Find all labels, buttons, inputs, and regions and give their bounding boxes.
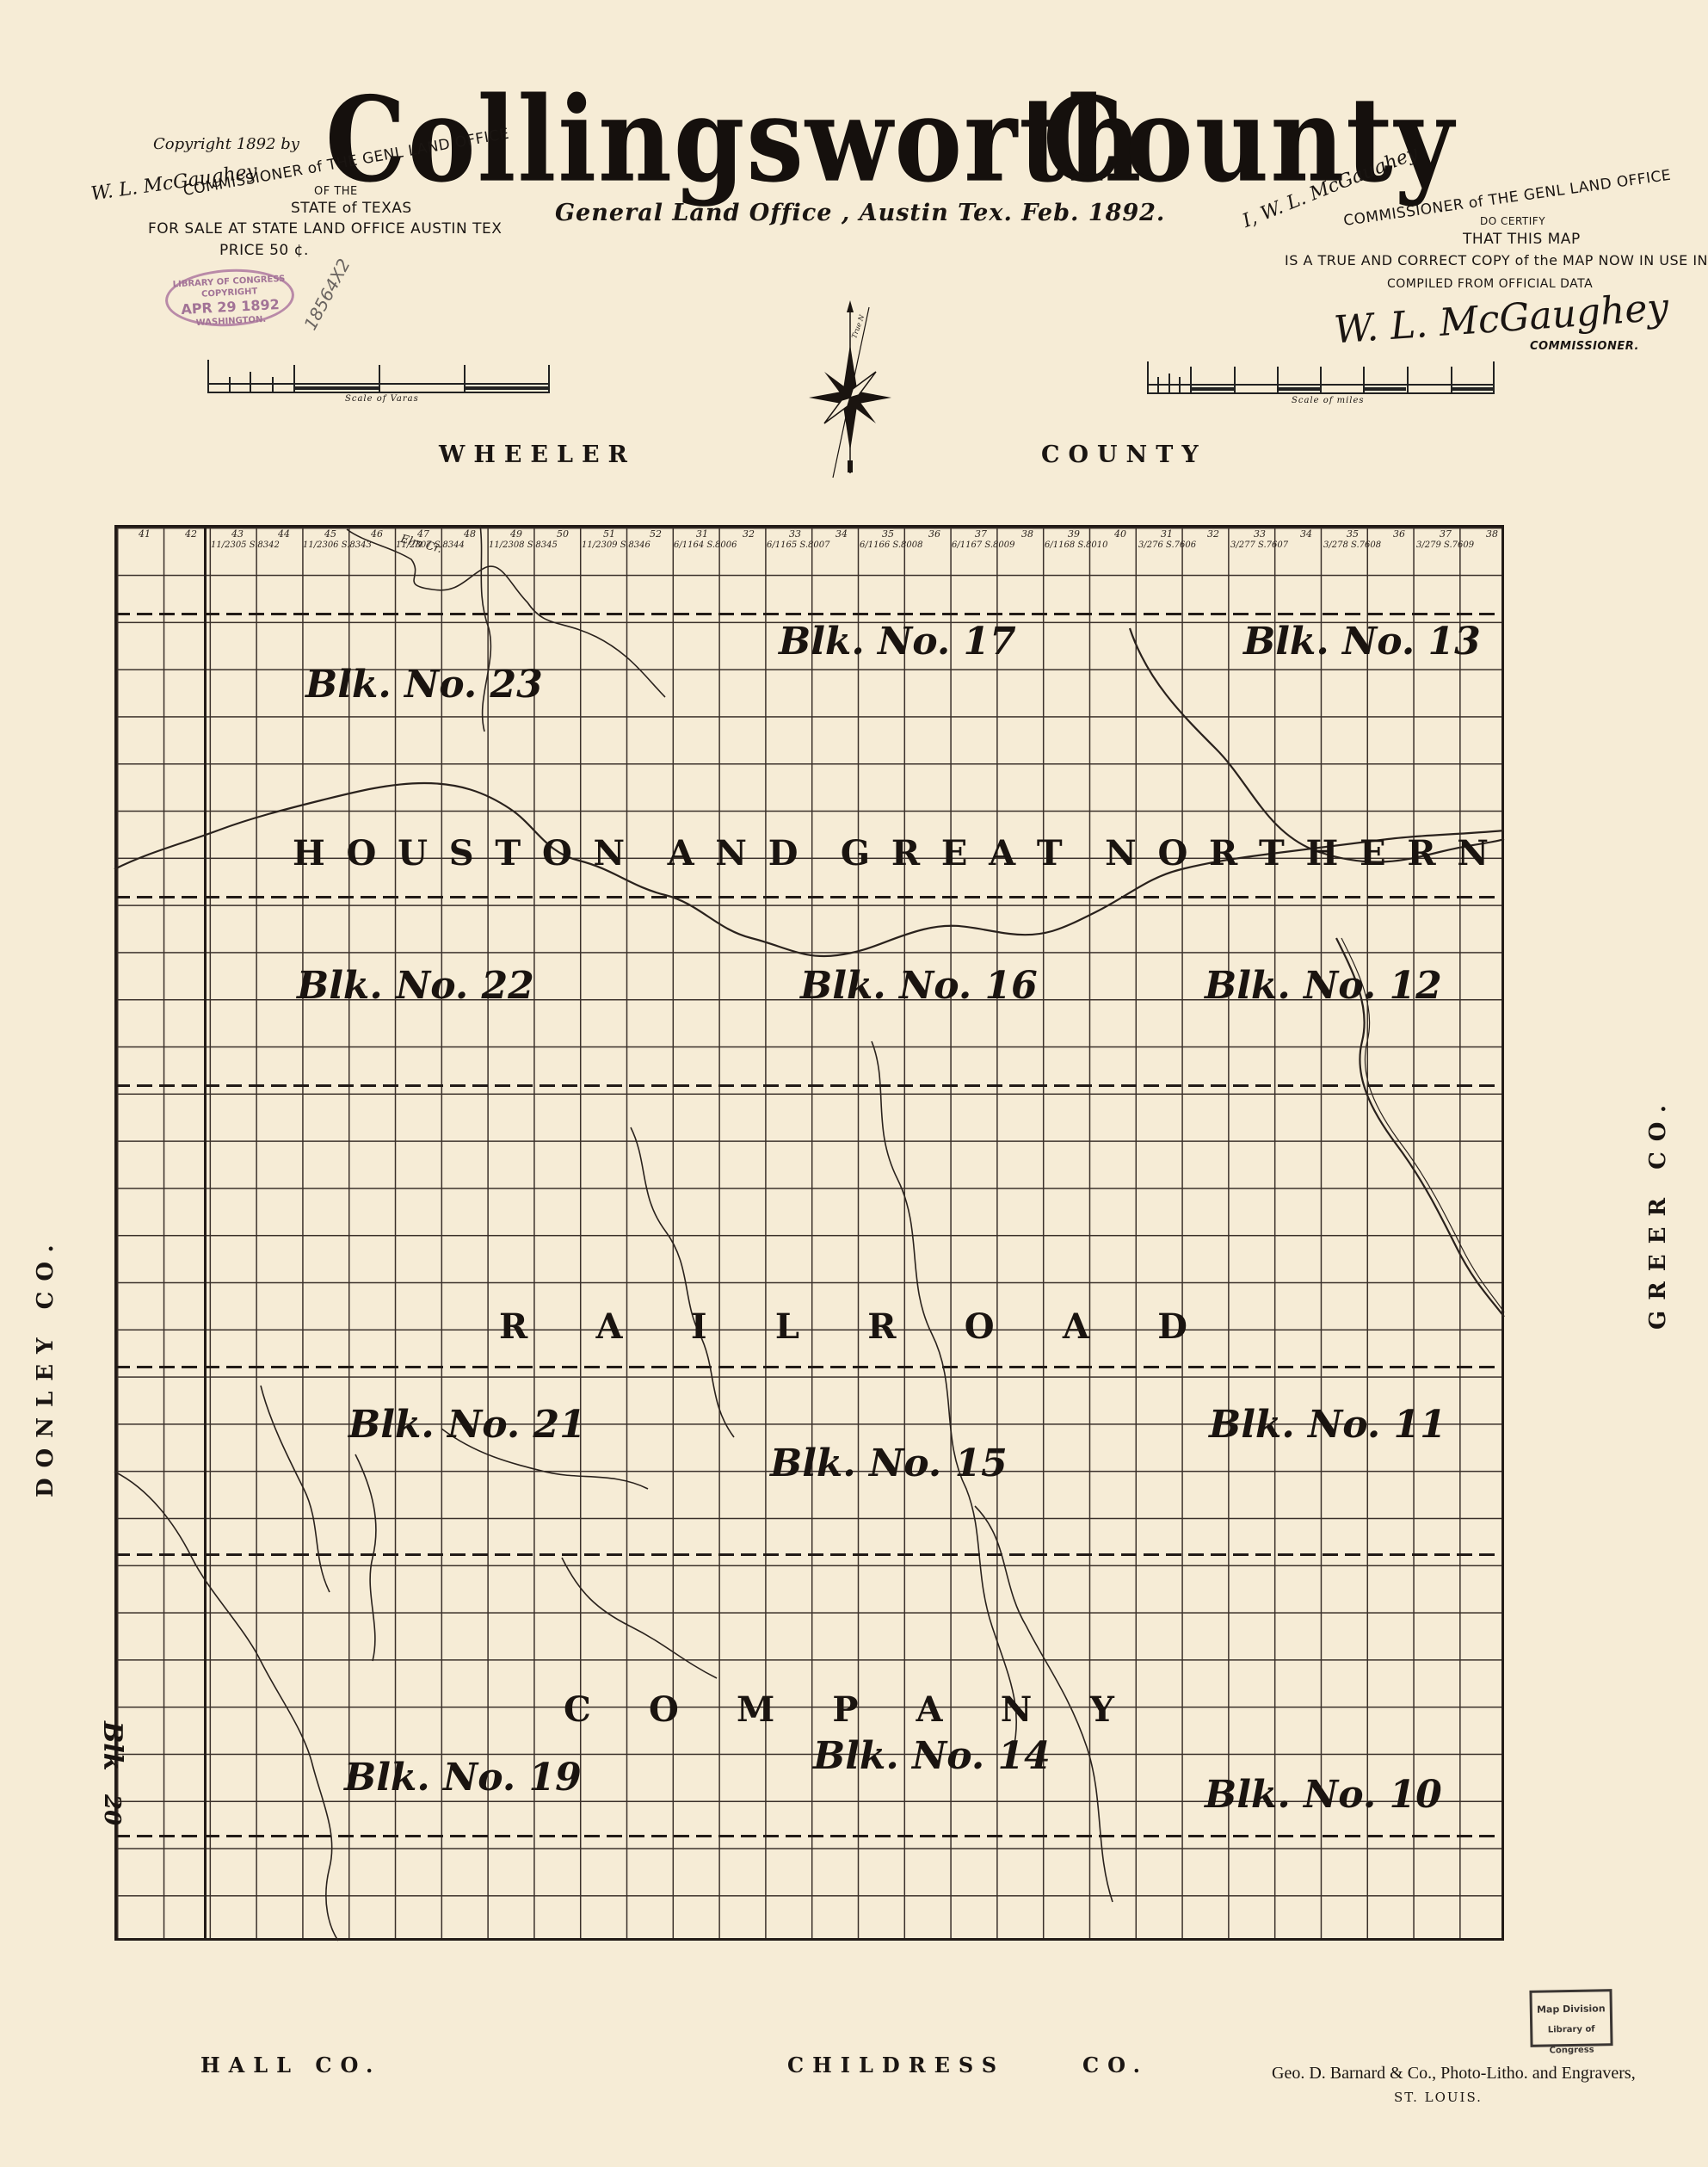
- block-label-17: Blk. No. 17: [779, 620, 1016, 664]
- letter: O: [649, 1689, 679, 1730]
- block-label-11: Blk. No. 11: [1209, 1403, 1446, 1447]
- letter: O: [965, 1306, 995, 1347]
- border-wheeler: WHEELER: [439, 441, 636, 468]
- scale-varas-caption: Scale of Varas: [345, 394, 419, 404]
- letter: E: [941, 833, 968, 874]
- letter: N: [1457, 833, 1489, 874]
- letter: E: [1360, 833, 1386, 874]
- block-label-20-num: 20: [99, 1794, 125, 1825]
- copyright-price: PRICE 50 ¢.: [219, 242, 309, 259]
- letter: A: [1063, 1306, 1089, 1347]
- signature-title: COMMISSIONER.: [1530, 340, 1639, 353]
- letter: N: [715, 833, 747, 874]
- letter: S: [449, 833, 474, 874]
- copyright-state: STATE of TEXAS: [291, 200, 412, 217]
- letter: Y: [1089, 1689, 1114, 1730]
- cert-do-certify: DO CERTIFY: [1480, 215, 1545, 227]
- letter: A: [668, 833, 694, 874]
- engraver-credit: Geo. D. Barnard & Co., Photo-Litho. and …: [1272, 2064, 1636, 2084]
- border-donley-co: DONLEY CO.: [33, 1234, 59, 1497]
- railroad-line-houston-great-northern: H O U S T O N A N D G R E A T N O R T H …: [293, 833, 1489, 874]
- block-label-12: Blk. No. 12: [1205, 964, 1442, 1008]
- copyright-of-the: OF THE: [314, 185, 358, 198]
- border-childress: CHILDRESS: [787, 2053, 1005, 2077]
- cert-compiled: COMPILED FROM OFFICIAL DATA: [1387, 277, 1593, 291]
- block-label-13: Blk. No. 13: [1243, 620, 1481, 664]
- letter: R: [499, 1306, 527, 1347]
- letter: P: [832, 1689, 858, 1730]
- scale-of-varas: Scale of Varas: [207, 360, 552, 394]
- letter: D: [1157, 1306, 1187, 1347]
- cert-true-copy: IS A TRUE AND CORRECT COPY of the MAP NO…: [1285, 252, 1708, 269]
- letter: N: [1105, 833, 1137, 874]
- block-label-20-blk: Blk: [97, 1721, 127, 1771]
- block-label-21: Blk. No. 21: [348, 1403, 586, 1447]
- letter: R: [1407, 833, 1435, 874]
- letter: A: [989, 833, 1015, 874]
- letter: T: [1037, 833, 1063, 874]
- block-label-14: Blk. No. 14: [813, 1734, 1051, 1778]
- copyright-line: Copyright 1892 by: [153, 135, 299, 153]
- border-county: COUNTY: [1041, 441, 1207, 468]
- loc-stamp-line-1: Map Division: [1532, 1998, 1610, 2021]
- pencil-accession-note: 18564X2: [299, 256, 354, 334]
- letter: G: [841, 833, 870, 874]
- letter: O: [542, 833, 572, 874]
- letter: N: [1001, 1689, 1033, 1730]
- title-county: County: [1043, 71, 1455, 208]
- loc-stamp-line-2: Library of Congress: [1532, 2019, 1611, 2062]
- letter: O: [347, 833, 377, 874]
- letter: R: [891, 833, 920, 874]
- letter: L: [775, 1306, 799, 1347]
- letter: H: [1306, 833, 1339, 874]
- letter: R: [1209, 833, 1237, 874]
- letter: A: [916, 1689, 943, 1730]
- border-hall-co: HALL CO.: [200, 2053, 381, 2077]
- railroad-line-railroad: R A I L R O A D: [499, 1306, 1187, 1347]
- railroad-line-company: C O M P A N Y: [564, 1689, 1114, 1730]
- scale-of-miles: Scale of miles: [1147, 361, 1496, 396]
- letter: N: [594, 833, 626, 874]
- letter: D: [768, 833, 799, 874]
- block-label-10: Blk. No. 10: [1205, 1773, 1442, 1817]
- engraver-city: ST. LOUIS.: [1394, 2090, 1483, 2105]
- letter: C: [564, 1689, 591, 1730]
- letter: T: [495, 833, 521, 874]
- border-greer-co: GREER CO.: [1645, 1095, 1671, 1330]
- letter: I: [691, 1306, 707, 1347]
- letter: O: [1157, 833, 1187, 874]
- copyright-sale: FOR SALE AT STATE LAND OFFICE AUSTIN TEX: [148, 220, 502, 238]
- subtitle: General Land Office , Austin Tex. Feb. 1…: [555, 200, 1165, 226]
- block-label-16: Blk. No. 16: [800, 964, 1038, 1008]
- block-label-23: Blk. No. 23: [305, 663, 543, 707]
- block-label-19: Blk. No. 19: [344, 1756, 582, 1800]
- letter: A: [596, 1306, 623, 1347]
- block-label-15: Blk. No. 15: [770, 1442, 1008, 1485]
- letter: T: [1259, 833, 1285, 874]
- border-childress-co: CO.: [1082, 2053, 1149, 2077]
- letter: U: [398, 833, 428, 874]
- cert-this-map: THAT THIS MAP: [1463, 231, 1581, 248]
- block-label-22: Blk. No. 22: [297, 964, 534, 1008]
- letter: R: [867, 1306, 896, 1347]
- letter: H: [293, 833, 325, 874]
- map-division-stamp: Map Division Library of Congress: [1529, 1989, 1612, 2047]
- scale-miles-caption: Scale of miles: [1292, 396, 1365, 405]
- letter: M: [737, 1689, 774, 1730]
- library-of-congress-copyright-stamp: LIBRARY OF CONGRESS COPYRIGHT APR 29 189…: [163, 266, 295, 330]
